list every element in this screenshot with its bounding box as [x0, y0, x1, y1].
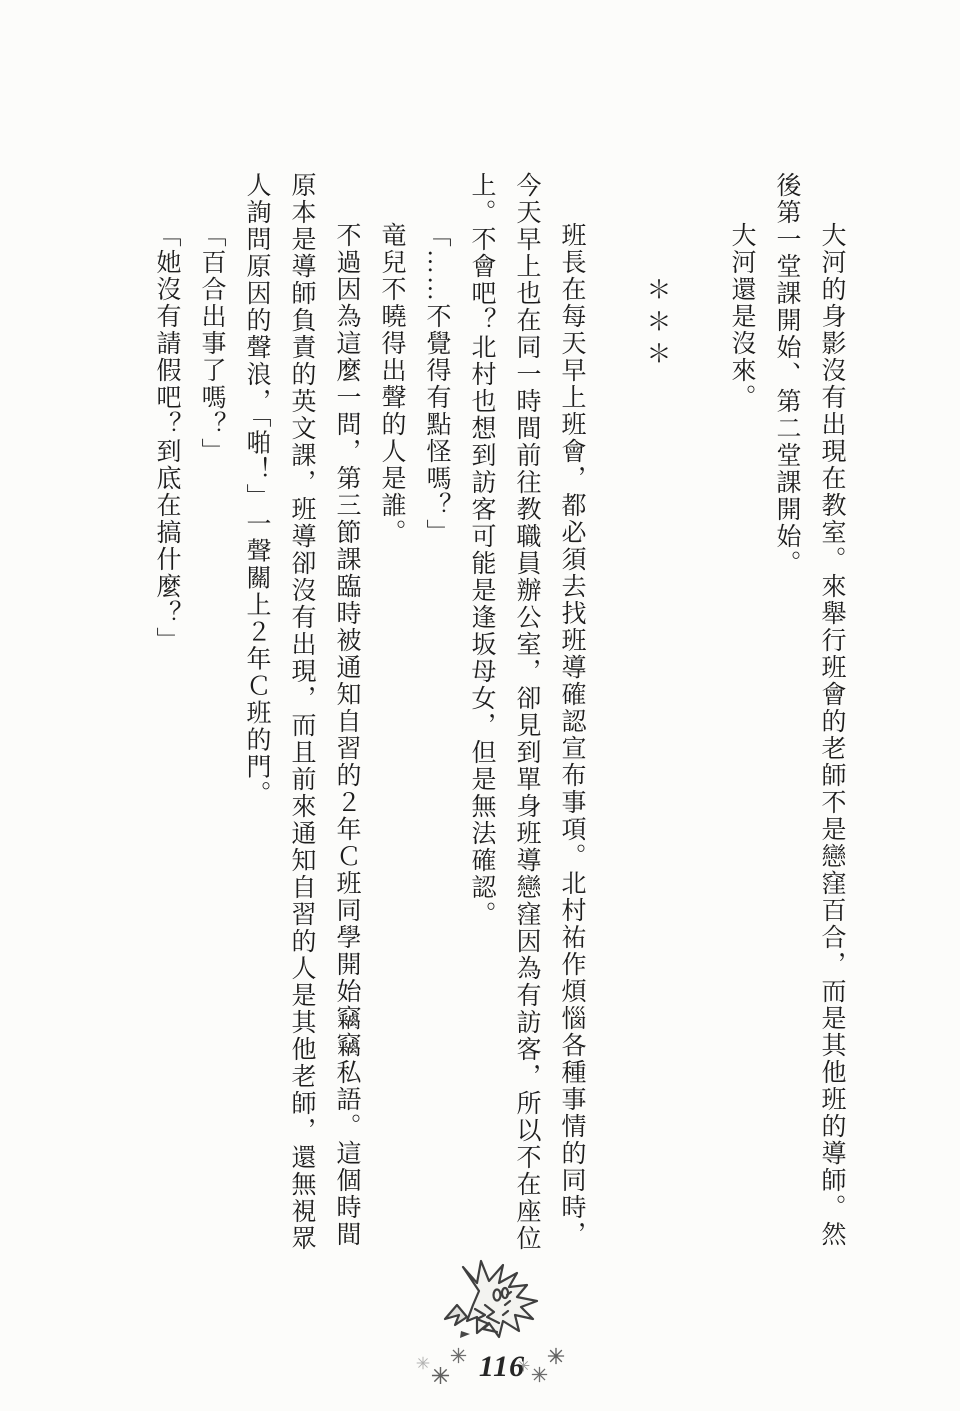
novel-paragraph: 竜兒不曉得出聲的人是誰。 [369, 172, 414, 1252]
novel-paragraph: 「……不覺得有點怪嗎？」 [414, 172, 459, 1252]
novel-paragraph: 「百合出事了嗎？」 [189, 172, 234, 1252]
novel-paragraph: 班長在每天早上班會，都必須去找班導確認宣布事項。北村祐作煩惱各種事情的同時，今天… [459, 172, 594, 1252]
novel-paragraph: 「她沒有請假吧？到底在搞什麼？」 [144, 172, 189, 1252]
novel-paragraph: 大河的身影沒有出現在教室。來舉行班會的老師不是戀窪百合，而是其他班的導師。然後第… [764, 172, 854, 1252]
novel-text-block: 大河的身影沒有出現在教室。來舉行班會的老師不是戀窪百合，而是其他班的導師。然後第… [136, 172, 854, 1252]
novel-paragraph: 不過因為這麼一問，第三節課臨時被通知自習的２年Ｃ班同學開始竊竊私語。這個時間原本… [234, 172, 369, 1252]
novel-paragraph: 大河還是沒來。 [719, 172, 764, 1252]
section-separator: ＊＊＊ [634, 172, 679, 1252]
page-number: 116 [462, 1350, 542, 1384]
sparkle-icon [547, 1347, 565, 1365]
decorative-doodle-icon [441, 1257, 545, 1349]
sparkle-icon [431, 1366, 450, 1385]
sparkle-icon [416, 1356, 430, 1370]
